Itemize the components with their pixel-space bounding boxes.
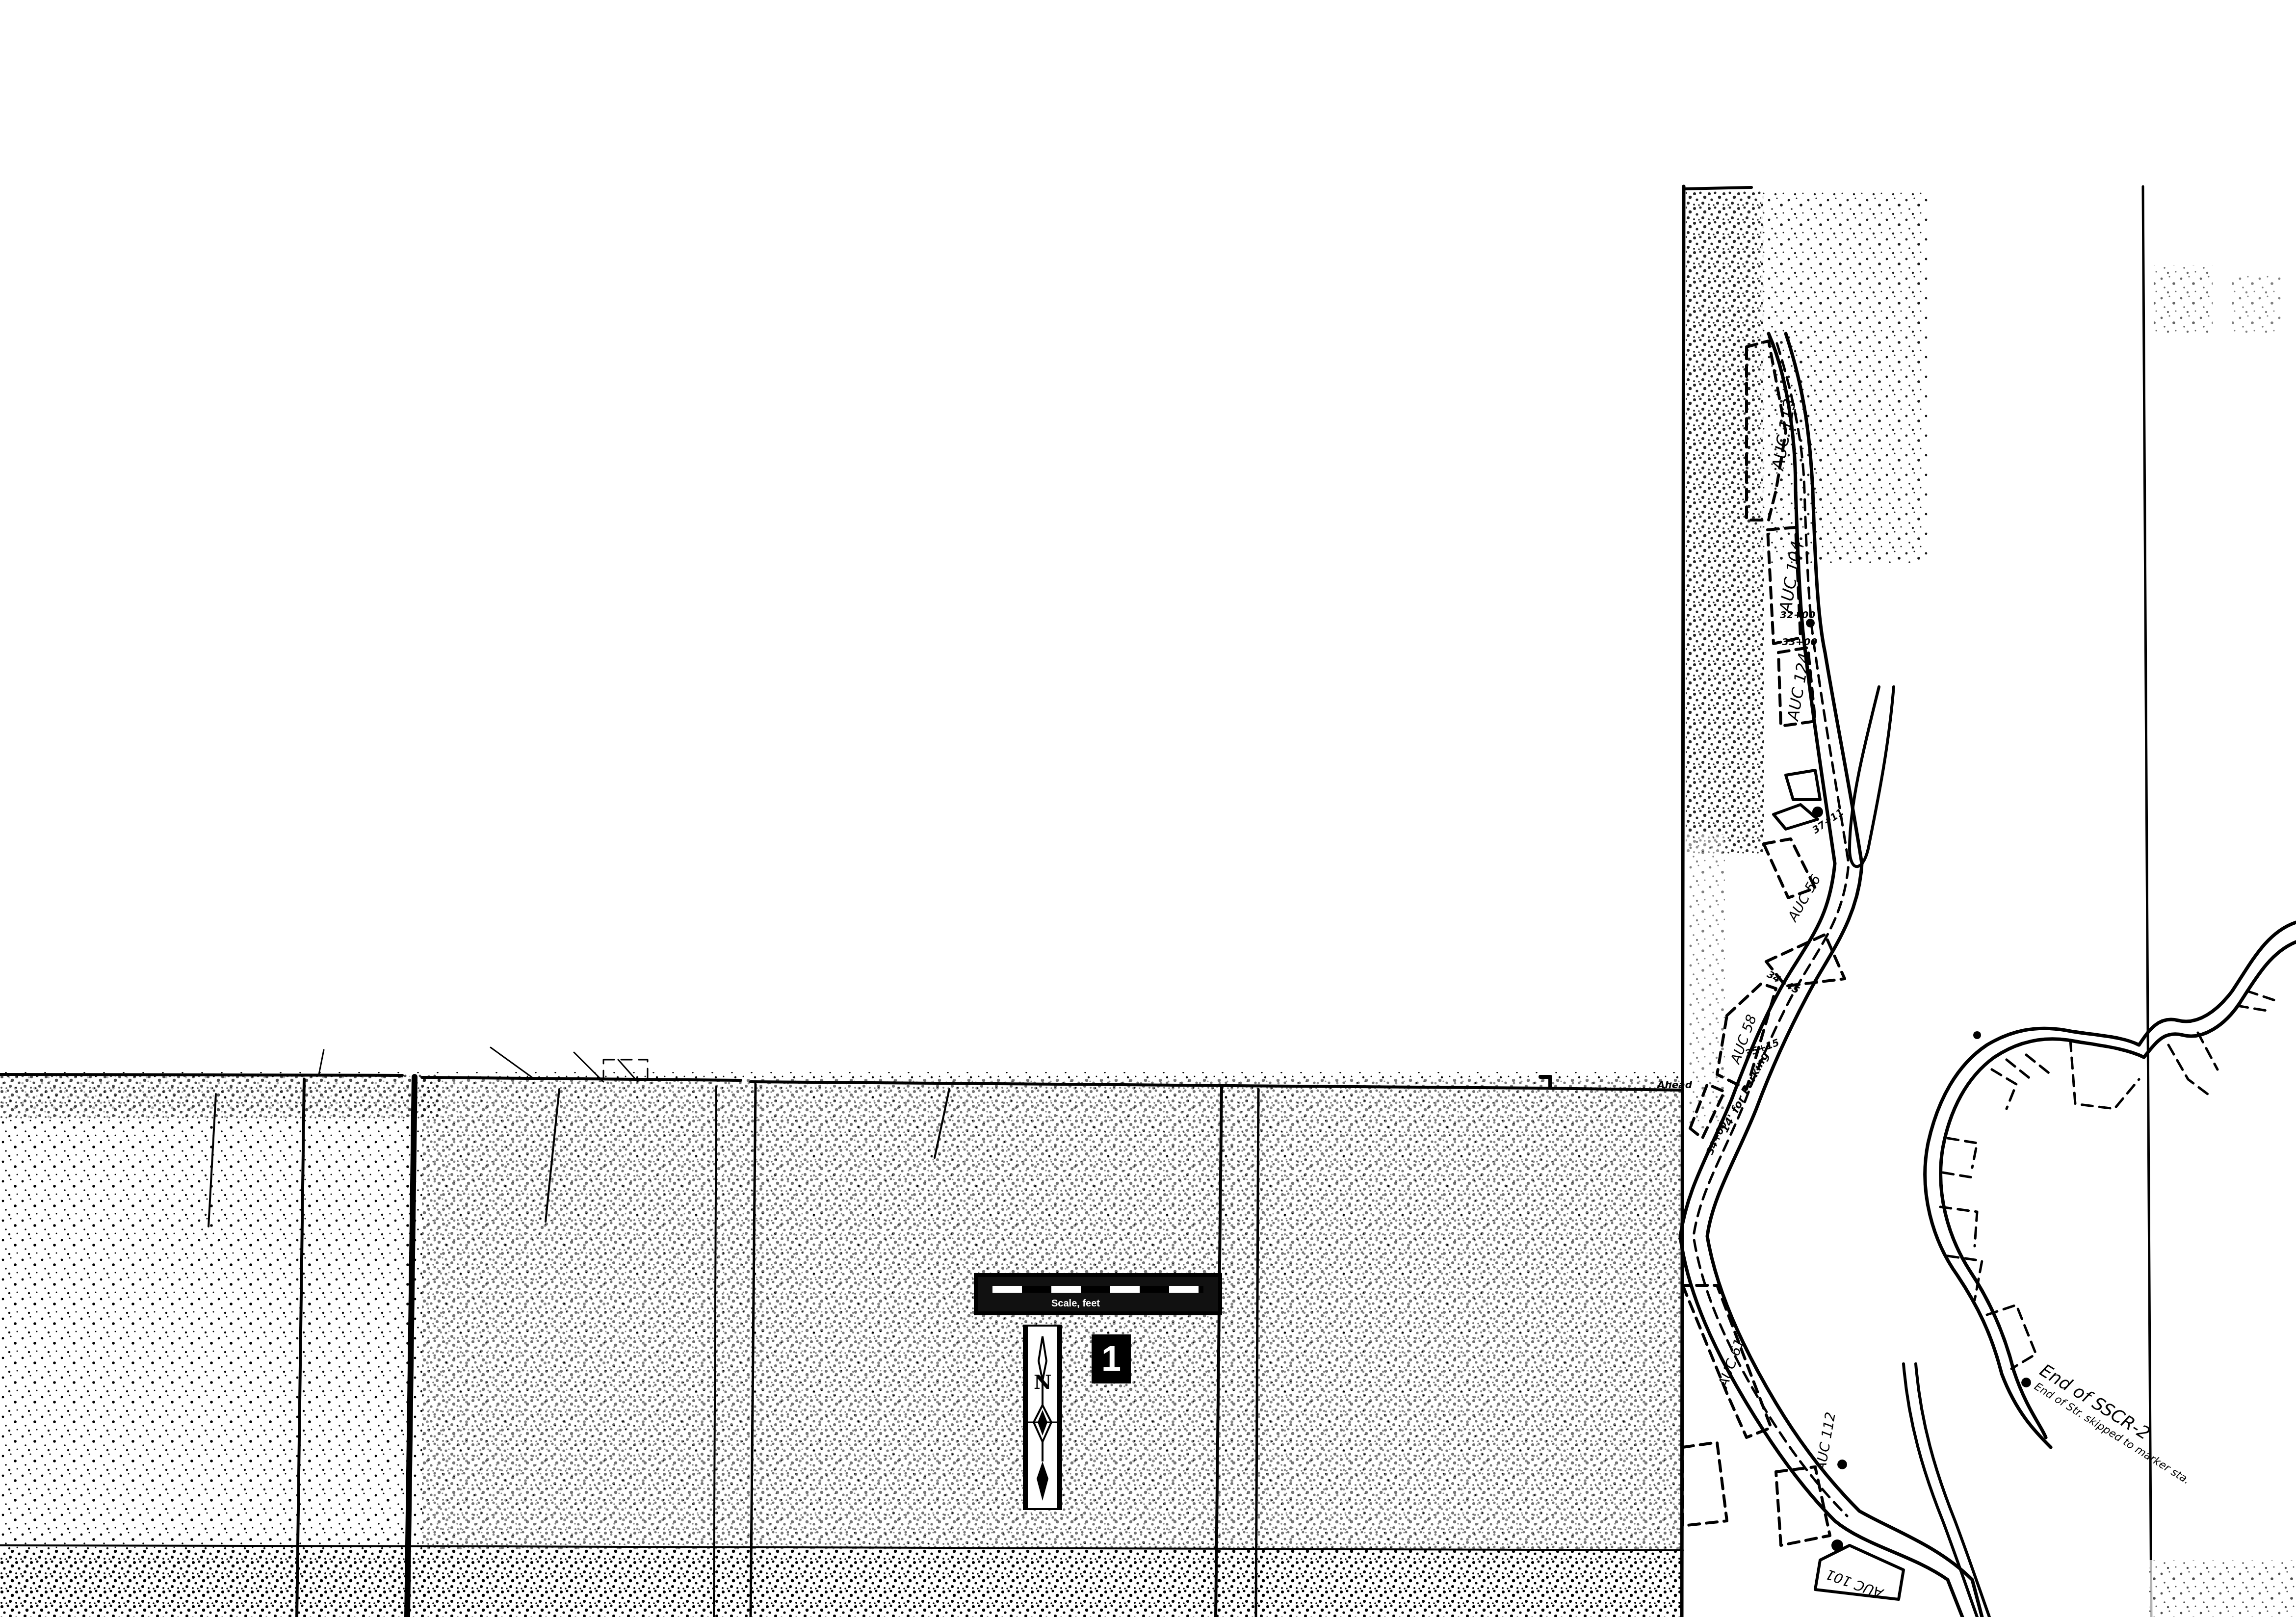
end-of-line-note: End of Str. skipped to marker sta. bbox=[2032, 1381, 2192, 1487]
station-mark: 32+00 bbox=[1780, 609, 1816, 621]
sheet-number-badge: 1 bbox=[1092, 1334, 1131, 1383]
edge-mark: Ahead bbox=[1656, 1079, 1693, 1091]
parcel-label: AUC 61 bbox=[1715, 1336, 1748, 1391]
scale-bar: Scale, feet bbox=[974, 1273, 1222, 1315]
parcel-label: AUC 101 bbox=[1824, 1566, 1886, 1602]
north-arrow: N bbox=[1023, 1325, 1062, 1510]
scale-bar-label: Scale, feet bbox=[1051, 1298, 1100, 1309]
station-mark: 34+45 bbox=[1765, 968, 1802, 996]
station-mark: 33+00 bbox=[1782, 636, 1818, 648]
loop-road-inner bbox=[1941, 942, 2296, 1437]
survey-map: AUC 113 AUC 104 AUC 124 AUC 56 AUC 58 AU… bbox=[0, 0, 2296, 1617]
parcel-label: AUC 112 bbox=[1812, 1411, 1839, 1473]
right-sheet bbox=[1680, 186, 2296, 1617]
north-letter: N bbox=[1034, 1371, 1052, 1394]
scale-bar-graduations bbox=[992, 1286, 1203, 1293]
north-arrow-icon bbox=[1028, 1327, 1057, 1503]
left-sheet bbox=[0, 1047, 1683, 1617]
